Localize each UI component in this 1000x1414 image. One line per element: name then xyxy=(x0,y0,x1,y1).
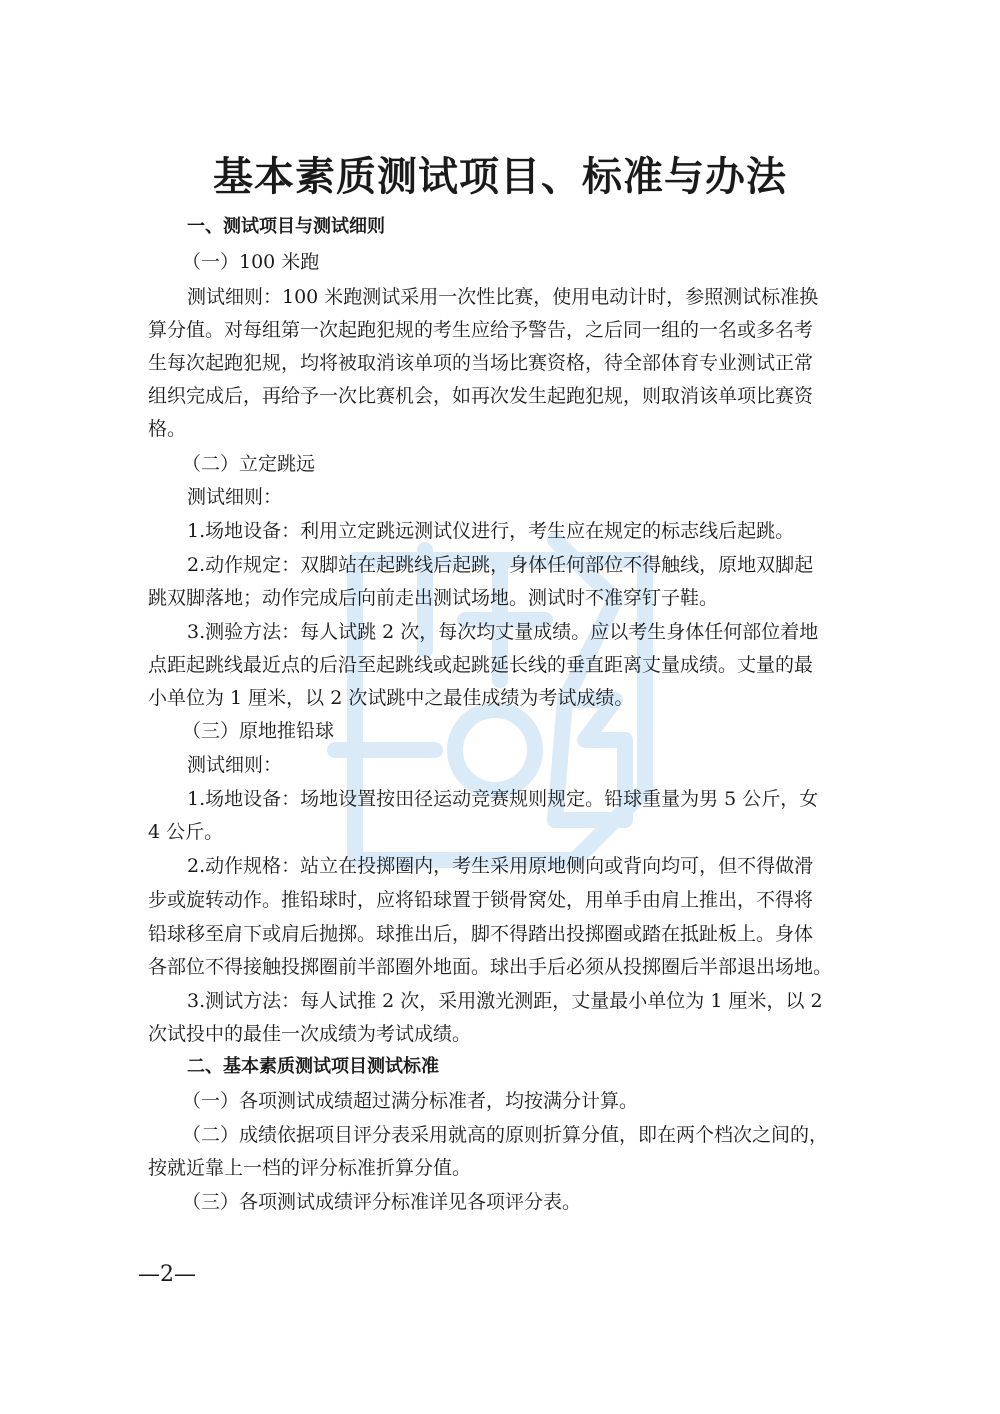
paragraph-line: 测试细则： xyxy=(187,756,282,775)
paragraph-line: 2.动作规格：站立在投掷圈内，考生采用原地侧向或背向均可，但不得做滑 xyxy=(187,857,813,876)
paragraph-line: （三）各项测试成绩评分标准详见各项评分表。 xyxy=(182,1193,581,1212)
paragraph-line: 4 公斤。 xyxy=(148,823,223,842)
paragraph-line: 格。 xyxy=(148,420,186,439)
paragraph-line: （二）成绩依据项目评分表采用就高的原则折算分值，即在两个档次之间的， xyxy=(182,1126,828,1145)
page-number: —2— xyxy=(138,1262,196,1287)
document-title: 基本素质测试项目、标准与办法 xyxy=(0,145,1000,202)
paragraph-line: 算分值。对每组第一次起跑犯规的考生应给予警告，之后同一组的一名或多名考 xyxy=(148,321,813,340)
paragraph-line: 测试细则： xyxy=(187,488,282,507)
section-heading: 一、测试项目与测试细则 xyxy=(187,218,385,236)
paragraph-line: 跳双脚落地；动作完成后向前走出测试场地。测试时不准穿钉子鞋。 xyxy=(148,589,718,608)
paragraph-line: 1.场地设备：利用立定跳远测试仪进行，考生应在规定的标志线后起跳。 xyxy=(187,522,794,541)
paragraph-line: 1.场地设备：场地设置按田径运动竞赛规则规定。铅球重量为男 5 公斤，女 xyxy=(187,790,818,809)
paragraph-line: （三）原地推铅球 xyxy=(182,722,334,741)
paragraph-line: 生每次起跑犯规，均将被取消该单项的当场比赛资格，待全部体育专业测试正常 xyxy=(148,354,813,373)
paragraph-line: 组织完成后，再给予一次比赛机会，如再次发生起跑犯规，则取消该单项比赛资 xyxy=(148,387,813,406)
paragraph-line: 2.动作规定：双脚站在起跳线后起跳，身体任何部位不得触线，原地双脚起 xyxy=(187,556,813,575)
paragraph-line: （一）各项测试成绩超过满分标准者，均按满分计算。 xyxy=(182,1092,638,1111)
paragraph-line: 3.测验方法：每人试跳 2 次，每次均丈量成绩。应以考生身体任何部位着地 xyxy=(187,623,818,642)
paragraph-line: 点距起跳线最近点的后沿至起跳线或起跳延长线的垂直距离丈量成绩。丈量的最 xyxy=(148,656,813,675)
paragraph-line: 测试细则：100 米跑测试采用一次性比赛，使用电动计时，参照测试标准换 xyxy=(187,288,818,307)
paragraph-line: 次试投中的最佳一次成绩为考试成绩。 xyxy=(148,1025,471,1044)
paragraph-line: 步或旋转动作。推铅球时，应将铅球置于锁骨窝处，用单手由肩上推出，不得将 xyxy=(148,891,813,910)
paragraph-line: 小单位为 1 厘米，以 2 次试跳中之最佳成绩为考试成绩。 xyxy=(148,689,633,708)
paragraph-line: 铅球移至肩下或肩后抛掷。球推出后，脚不得踏出投掷圈或踏在抵趾板上。身体 xyxy=(148,925,813,944)
paragraph-line: （一）100 米跑 xyxy=(182,253,319,272)
section-heading: 二、基本素质测试项目测试标准 xyxy=(187,1058,439,1076)
paragraph-line: 各部位不得接触投掷圈前半部圈外地面。球出手后必须从投掷圈后半部退出场地。 xyxy=(148,958,832,977)
paragraph-line: 按就近靠上一档的评分标准折算分值。 xyxy=(148,1159,471,1178)
paragraph-line: 3.测试方法：每人试推 2 次，采用激光测距，丈量最小单位为 1 厘米，以 2 xyxy=(187,992,823,1011)
paragraph-line: （二）立定跳远 xyxy=(182,455,315,474)
